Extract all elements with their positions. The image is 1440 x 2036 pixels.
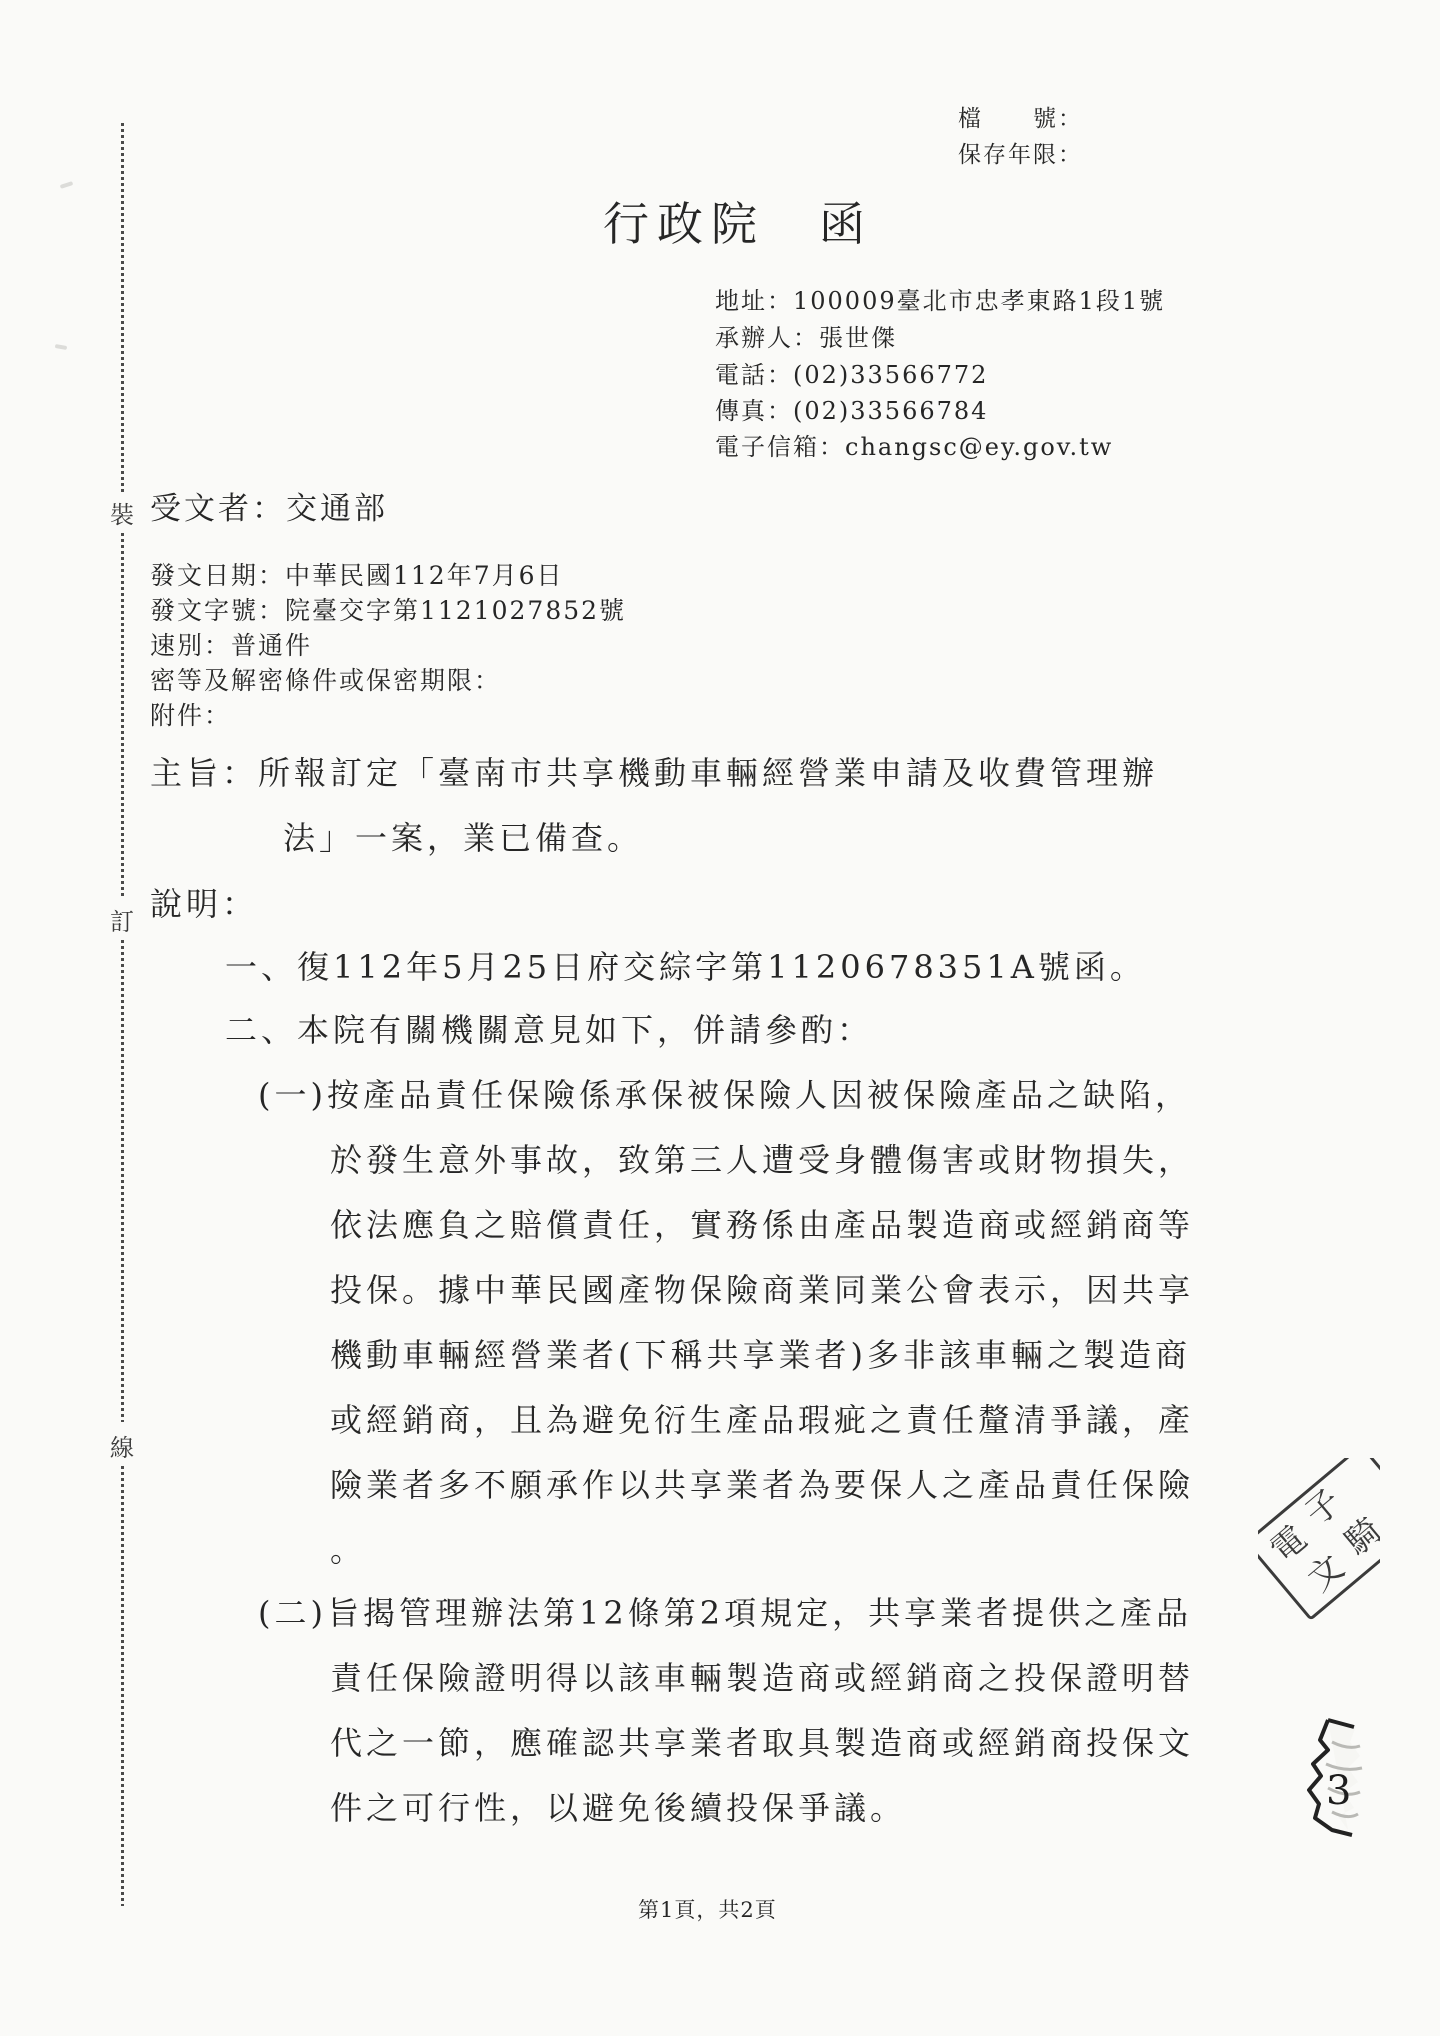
file-number-label: 檔 號： [958,100,1083,133]
electronic-exchange-stamp: 電 子 文 騎 [1258,1458,1380,1628]
stamp-char: 騎 [1337,1511,1380,1564]
explanation-item-1: 一、復112年5月25日府交綜字第1120678351A號函。 [225,947,1146,987]
binding-dotted-line-segment [121,123,124,493]
sender-fax: 傳真：(02)33566784 [715,391,988,426]
binding-dotted-line-segment [121,1466,124,1906]
speed-class-line: 速別：普通件 [150,626,312,662]
issue-date-line: 發文日期：中華民國112年7月6日 [150,556,564,592]
page-indicator: 第1頁，共2頁 [638,1894,777,1924]
attachment-line: 附件： [150,696,231,732]
sender-phone: 電話：(02)33566772 [715,355,988,390]
sub-item-1-line-4: 機動車輛經營業者(下稱共享業者)多非該車輛之製造商 [330,1335,1191,1375]
document-title: 行政院 函 [603,188,873,254]
retention-period-label: 保存年限： [958,136,1083,169]
subject-label: 主旨： [150,754,258,792]
binding-dotted-line-segment [121,940,124,1422]
sub-item-2-line-3: 件之可行性，以避免後續投保爭議。 [330,1788,906,1828]
sub-item-1-line-5: 或經銷商，且為避免衍生產品瑕疵之責任釐清爭議，產 [330,1400,1194,1440]
explanation-heading: 說明： [150,884,258,924]
stamp-char: 子 [1297,1482,1349,1534]
thread-char: 線 [110,1428,134,1463]
security-class-line: 密等及解密條件或保密期限： [150,661,501,697]
binding-dotted-line-segment [121,533,124,896]
doc-number-line: 發文字號：院臺交字第1121027852號 [150,591,626,627]
sub-item-2-line-2: 代之一節，應確認共享業者取具製造商或經銷商投保文 [330,1723,1194,1763]
sender-address: 地址：100009臺北市忠孝東路1段1號 [715,281,1165,316]
subject-text-line2: 法」一案，業已備查。 [283,818,643,858]
staple-char: 訂 [110,902,134,937]
sub-item-1-line-6: 險業者多不願承作以共享業者為要保人之產品責任保險 [330,1465,1194,1505]
sub-item-2-label: (二) [258,1594,327,1632]
sub-item-1-line-0: 按產品責任保險係承保被保險人因被保險產品之缺陷， [327,1076,1191,1114]
sender-contact-person: 承辦人：張世傑 [715,318,897,353]
sub-item-2-line-0: 旨揭管理辦法第12條第2項規定，共享業者提供之產品 [327,1594,1192,1632]
sub-item-1-line-1: 於發生意外事故，致第三人遭受身體傷害或財物損失， [330,1140,1194,1180]
page-seal-number: 3 [1326,1768,1351,1814]
scan-artifact [60,181,74,189]
binding-char: 裝 [110,495,134,530]
page-seal-fragment: 3 [1298,1712,1374,1842]
sub-item-1-label: (一) [258,1076,327,1114]
sub-item-1-line-3: 投保。據中華民國產物保險商業同業公會表示，因共享 [330,1270,1194,1310]
recipient-line: 受文者：交通部 [150,483,388,528]
sub-item-2-line-1: 責任保險證明得以該車輛製造商或經銷商之投保證明替 [330,1658,1194,1698]
sender-email: 電子信箱：changsc@ey.gov.tw [715,427,1113,462]
document-page: 檔 號： 保存年限： 行政院 函 地址：100009臺北市忠孝東路1段1號 承辦… [0,0,1440,2036]
scan-artifact [55,344,68,350]
sub-item-1-line-7: 。 [330,1530,366,1570]
explanation-item-2: 二、本院有關機關意見如下，併請參酌： [225,1010,873,1050]
subject-text-line1: 所報訂定「臺南市共享機動車輛經營業申請及收費管理辦 [258,754,1158,792]
sub-item-1-line-2: 依法應負之賠償責任，實務係由產品製造商或經銷商等 [330,1205,1194,1245]
